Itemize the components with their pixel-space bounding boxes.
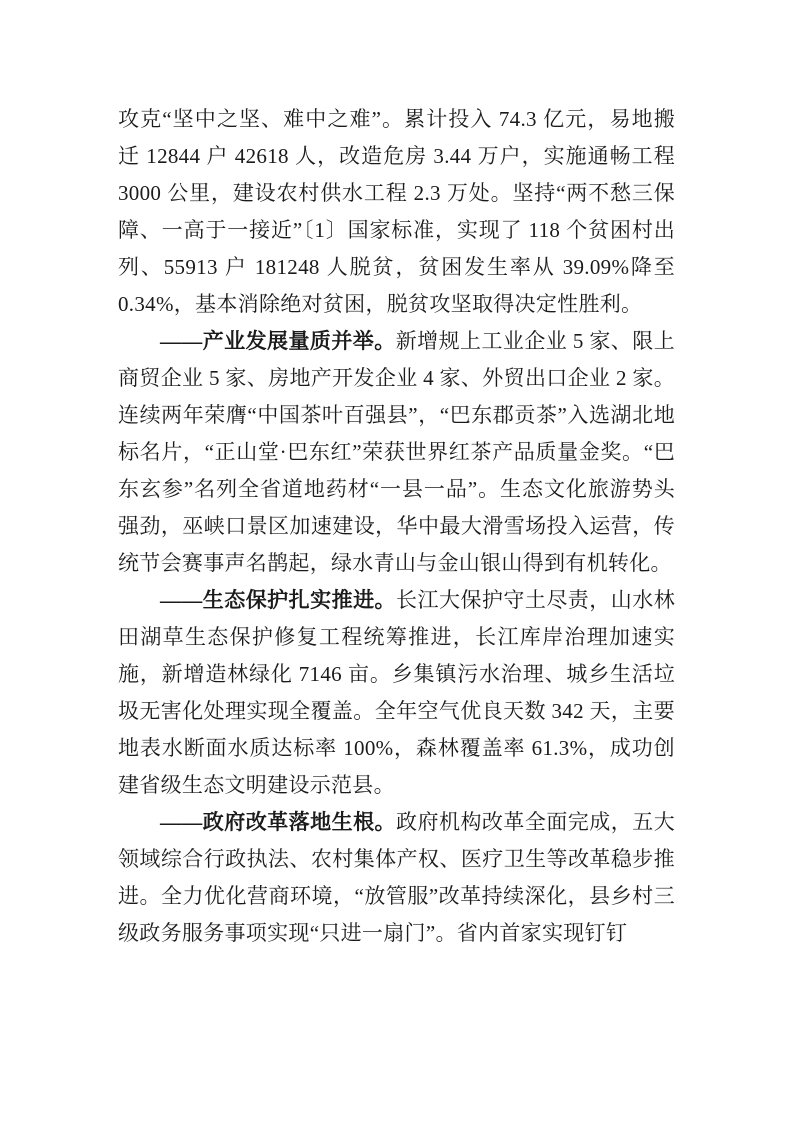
paragraph-text: 攻克“坚中之坚、难中之难”。累计投入 74.3 亿元，易地搬迁 12844 户 …: [118, 107, 675, 316]
paragraph-government-reform: ——政府改革落地生根。政府机构改革全面完成，五大领域综合行政执法、农村集体产权、…: [118, 804, 675, 952]
document-body: 攻克“坚中之坚、难中之难”。累计投入 74.3 亿元，易地搬迁 12844 户 …: [118, 101, 675, 952]
paragraph-run-in-heading: ——政府改革落地生根。: [160, 810, 396, 834]
paragraph-text: 长江大保护守土尽责，山水林田湖草生态保护修复工程统筹推进，长江库岸治理加速实施，…: [118, 588, 675, 797]
document-page: 攻克“坚中之坚、难中之难”。累计投入 74.3 亿元，易地搬迁 12844 户 …: [0, 0, 793, 1122]
paragraph-run-in-heading: ——生态保护扎实推进。: [160, 588, 396, 612]
paragraph-run-in-heading: ——产业发展量质并举。: [160, 329, 396, 353]
paragraph-ecological-protection: ——生态保护扎实推进。长江大保护守土尽责，山水林田湖草生态保护修复工程统筹推进，…: [118, 582, 675, 804]
paragraph-text: 新增规上工业企业 5 家、限上商贸企业 5 家、房地产开发企业 4 家、外贸出口…: [118, 329, 675, 575]
paragraph-poverty-alleviation: 攻克“坚中之坚、难中之难”。累计投入 74.3 亿元，易地搬迁 12844 户 …: [118, 101, 675, 323]
paragraph-industry-development: ——产业发展量质并举。新增规上工业企业 5 家、限上商贸企业 5 家、房地产开发…: [118, 323, 675, 582]
